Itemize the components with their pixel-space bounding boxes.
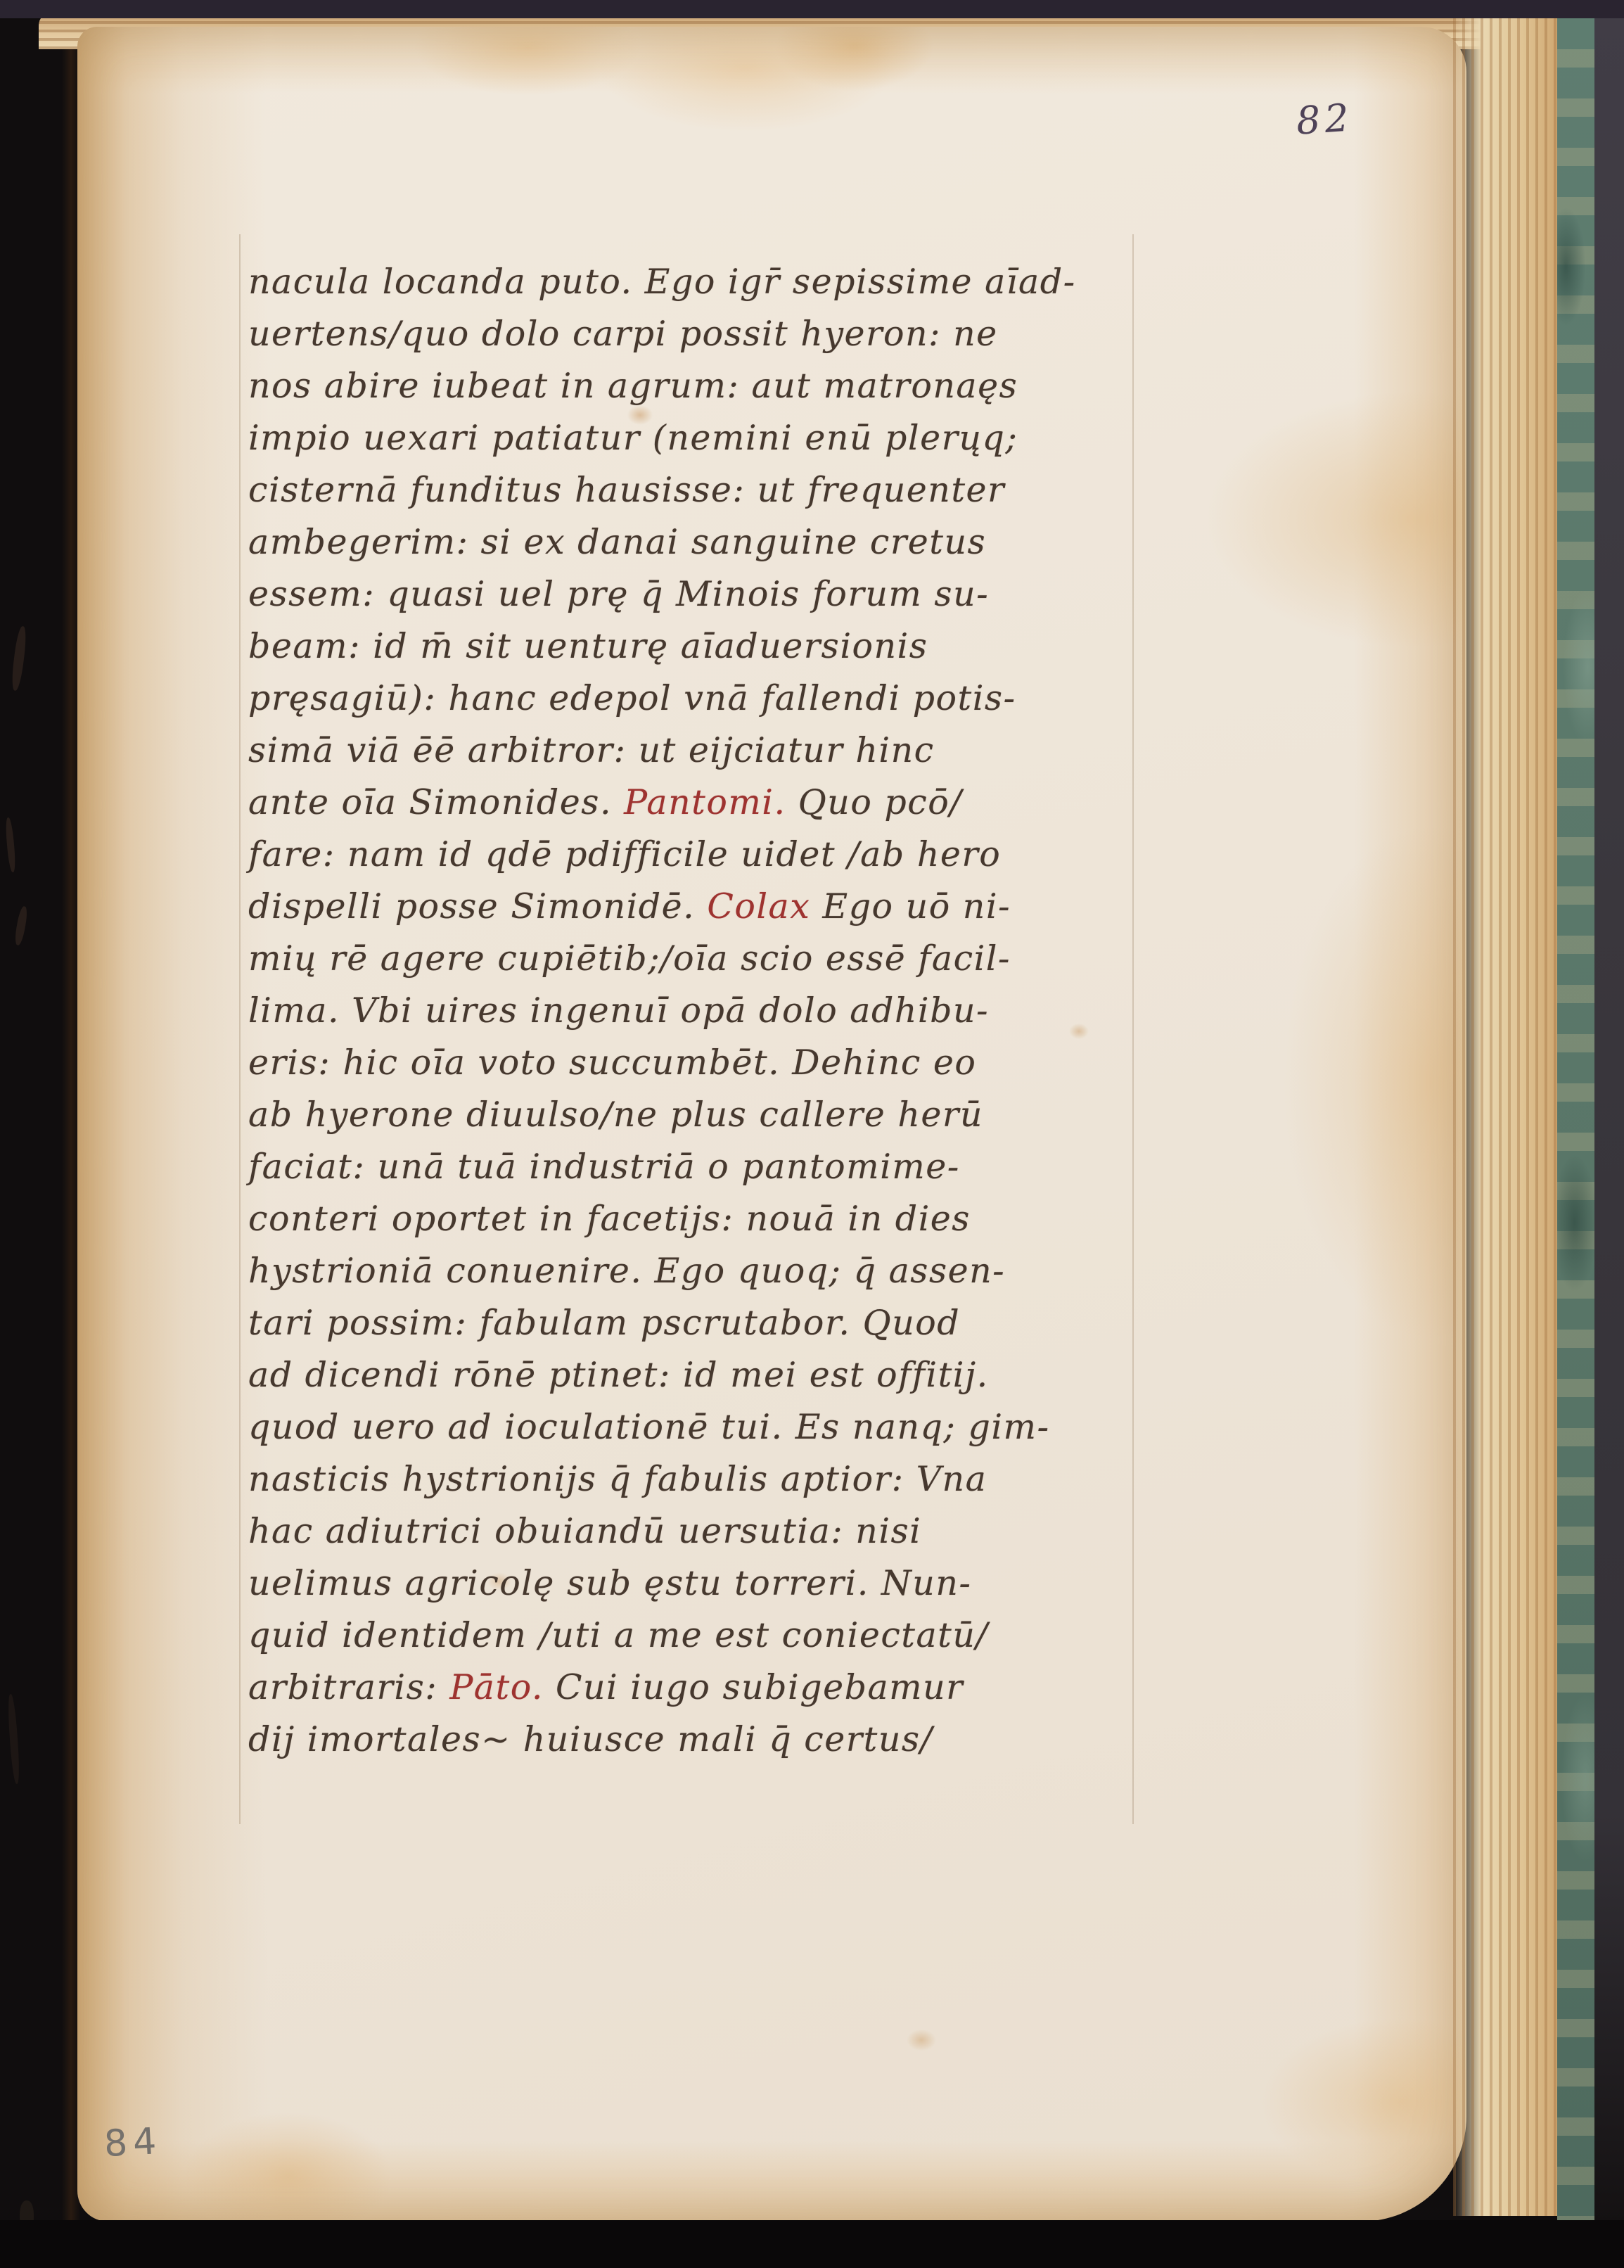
manuscript-line: ambegerim: si ex danai sanguine cretus <box>248 522 1076 574</box>
line-text: nasticis hystrionijs q̄ fabulis aptior: … <box>248 1459 987 1499</box>
book-fore-edges-right <box>1453 14 1560 2216</box>
manuscript-line: simā viā ēē arbitror: ut eijciatur hinc <box>248 730 1076 782</box>
manuscript-line: ab hyerone diuulso/ne plus callere herū <box>248 1095 1076 1147</box>
manuscript-line: mių rē agere cupiētib;/oīa scio essē fac… <box>248 938 1076 990</box>
line-text: arbitraris: <box>248 1667 449 1707</box>
line-text: uertens/quo dolo carpi possit hyeron: ne <box>248 314 998 354</box>
page-number-pencil: 84 <box>103 2120 162 2165</box>
manuscript-line: lima. Vbi uires ingenuī opā dolo adhibu- <box>248 990 1076 1043</box>
manuscript-line: tari possim: fabulam pscrutabor. Quod <box>248 1303 1076 1355</box>
manuscript-line: quid identidem /uti a me est coniectatū/ <box>248 1615 1076 1667</box>
manuscript-line: nasticis hystrionijs q̄ fabulis aptior: … <box>248 1459 1076 1511</box>
line-text: essem: quasi uel prę q̄ Minois forum su- <box>248 574 989 614</box>
manuscript-line: nos abire iubeat in agrum: aut matronaęs <box>248 366 1076 418</box>
fore-edge-ink-mark <box>13 905 29 945</box>
line-text: ab hyerone diuulso/ne plus callere herū <box>248 1095 983 1135</box>
line-text: hystrioniā conuenire. Ego quoq; q̄ assen… <box>248 1251 1005 1291</box>
manuscript-line: ante oīa Simonides. Pantomi. Quo pcō/ <box>248 782 1076 834</box>
ruling-line-left <box>239 234 241 1824</box>
line-text: beam: id m̄ sit uenturę aīaduersionis <box>248 626 928 666</box>
manuscript-line: nacula locanda puto. Ego igr̄ sepissime … <box>248 262 1076 314</box>
rubric-speaker-label: Colax <box>707 886 810 926</box>
line-text: simā viā ēē arbitror: ut eijciatur hinc <box>248 730 935 770</box>
rubric-speaker-label: Pantomi. <box>624 782 786 822</box>
line-text: lima. Vbi uires ingenuī opā dolo adhibu- <box>248 990 989 1031</box>
manuscript-line: essem: quasi uel prę q̄ Minois forum su- <box>248 574 1076 626</box>
line-text: dispelli posse Simonidē. <box>248 886 707 926</box>
line-text: nacula locanda puto. Ego igr̄ sepissime … <box>248 262 1076 302</box>
line-text: fare: nam id qdē pdifficile uidet /ab he… <box>248 834 1001 874</box>
line-text: mių rē agere cupiētib;/oīa scio essē fac… <box>248 938 1011 979</box>
manuscript-line: uertens/quo dolo carpi possit hyeron: ne <box>248 314 1076 366</box>
manuscript-line: hac adiutrici obuiandū uersutia: nisi <box>248 1511 1076 1563</box>
manuscript-line: dispelli posse Simonidē. Colax Ego uō ni… <box>248 886 1076 938</box>
line-text: conteri oportet in facetijs: nouā in die… <box>248 1199 971 1239</box>
manuscript-line: pręsagiū): hanc edepol vnā fallendi poti… <box>248 678 1076 730</box>
rubric-speaker-label: Pāto. <box>449 1667 544 1707</box>
line-text: faciat: unā tuā industriā o pantomime- <box>248 1147 960 1187</box>
line-text: eris: hic oīa voto succumbēt. Dehinc eo <box>248 1043 976 1083</box>
manuscript-line: quod uero ad ioculationē tui. Es nanq; g… <box>248 1407 1076 1459</box>
manuscript-line: dij imortales~ huiusce mali q̄ certus/ <box>248 1719 1076 1771</box>
ruling-line-right <box>1132 234 1134 1824</box>
manuscript-text-block: nacula locanda puto. Ego igr̄ sepissime … <box>248 262 1076 1771</box>
background-bottom <box>0 2220 1624 2268</box>
background-top <box>0 0 1624 18</box>
line-text: tari possim: fabulam pscrutabor. Quod <box>248 1303 960 1343</box>
folio-number-ink: 82 <box>1295 95 1355 143</box>
line-text: Ego uō ni- <box>810 886 1011 926</box>
manuscript-line: faciat: unā tuā industriā o pantomime- <box>248 1147 1076 1199</box>
line-text: Cui iugo subigebamur <box>544 1667 964 1707</box>
line-text: impio uexari patiatur (nemini enū plerųq… <box>248 418 1018 458</box>
manuscript-line: uelimus agricolę sub ęstu torreri. Nun- <box>248 1563 1076 1615</box>
manuscript-line: arbitraris: Pāto. Cui iugo subigebamur <box>248 1667 1076 1719</box>
manuscript-line: conteri oportet in facetijs: nouā in die… <box>248 1199 1076 1251</box>
manuscript-page: 82 nacula locanda puto. Ego igr̄ sepissi… <box>77 27 1466 2222</box>
line-text: pręsagiū): hanc edepol vnā fallendi poti… <box>248 678 1016 718</box>
line-text: quid identidem /uti a me est coniectatū/ <box>248 1615 988 1655</box>
manuscript-line: hystrioniā conuenire. Ego quoq; q̄ assen… <box>248 1251 1076 1303</box>
line-text: ad dicendi rōnē ptinet: id mei est offit… <box>248 1355 989 1395</box>
line-text: dij imortales~ huiusce mali q̄ certus/ <box>248 1719 933 1759</box>
manuscript-line: ad dicendi rōnē ptinet: id mei est offit… <box>248 1355 1076 1407</box>
manuscript-line: beam: id m̄ sit uenturę aīaduersionis <box>248 626 1076 678</box>
manuscript-line: impio uexari patiatur (nemini enū plerųq… <box>248 418 1076 470</box>
manuscript-line: cisternā funditus hausisse: ut frequente… <box>248 470 1076 522</box>
line-text: cisternā funditus hausisse: ut frequente… <box>248 470 1005 510</box>
manuscript-line: fare: nam id qdē pdifficile uidet /ab he… <box>248 834 1076 886</box>
fore-edge-ink-mark <box>10 625 27 691</box>
fore-edge-ink-mark <box>7 1694 21 1784</box>
line-text: nos abire iubeat in agrum: aut matronaęs <box>248 366 1018 406</box>
line-text: hac adiutrici obuiandū uersutia: nisi <box>248 1511 921 1551</box>
line-text: quod uero ad ioculationē tui. Es nanq; g… <box>248 1407 1050 1447</box>
line-text: ambegerim: si ex danai sanguine cretus <box>248 522 986 562</box>
manuscript-line: eris: hic oīa voto succumbēt. Dehinc eo <box>248 1043 1076 1095</box>
line-text: ante oīa Simonides. <box>248 782 624 822</box>
background-right <box>1594 0 1624 2268</box>
fore-edge-ink-mark <box>5 817 17 873</box>
line-text: Quo pcō/ <box>786 782 963 822</box>
line-text: uelimus agricolę sub ęstu torreri. Nun- <box>248 1563 971 1603</box>
